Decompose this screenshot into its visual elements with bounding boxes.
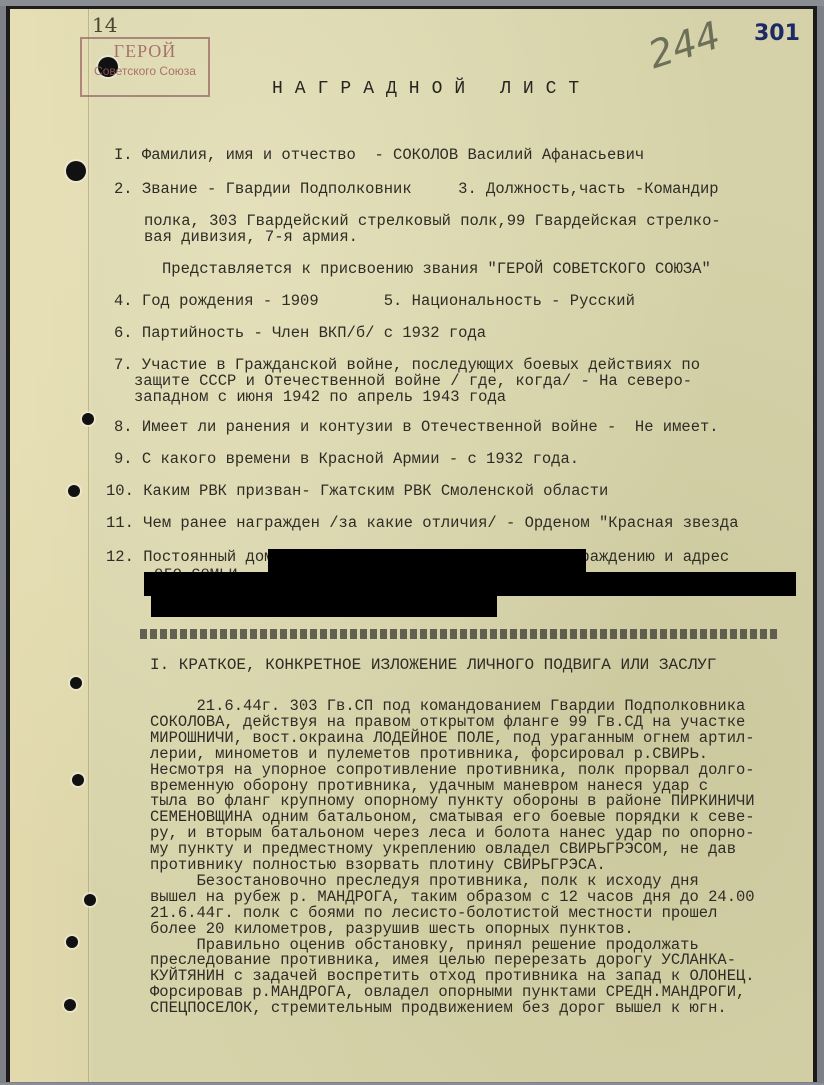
punch-hole-icon — [82, 413, 94, 425]
narrative-line: Правильно оценив обстановку, принял реше… — [150, 938, 699, 953]
field-line: вая дивизия, 7-я армия. — [144, 229, 358, 245]
margin-handwritten-mark: 14 — [92, 13, 117, 37]
stamp-line-1: ГЕРОЙ — [82, 41, 208, 62]
narrative-line: вышел на рубеж р. МАНДРОГА, таким образо… — [150, 890, 755, 905]
document-title: НАГРАДНОЙ ЛИСТ — [272, 79, 591, 99]
field-line: I. Фамилия, имя и отчество - СОКОЛОВ Вас… — [114, 147, 644, 163]
field-number: 2. — [114, 180, 142, 198]
field-line: 7. Участие в Гражданской войне, последую… — [114, 357, 700, 373]
punch-hole-icon — [68, 485, 80, 497]
field-number: 11. — [106, 514, 143, 532]
field-number: I. — [114, 146, 142, 164]
redaction-block — [151, 593, 497, 617]
hero-stamp: ГЕРОЙ Советского Союза — [80, 37, 210, 97]
field-number: 9. — [114, 450, 142, 468]
field-text: Представляется к присвоению звания "ГЕРО… — [162, 260, 711, 278]
field-text: Каким РВК призван- Гжатским РВК Смоленск… — [143, 482, 608, 500]
stamp-line-2: Советского Союза — [82, 64, 208, 78]
field-text: Партийность - Член ВКП/б/ с 1932 года — [142, 324, 486, 342]
field-line: западном с июня 1942 по апрель 1943 года — [134, 389, 506, 405]
field-line: 11. Чем ранее награжден /за какие отличи… — [106, 515, 739, 531]
field-text: Фамилия, имя и отчество - СОКОЛОВ Васили… — [142, 146, 644, 164]
field-number: 12. — [106, 548, 143, 566]
narrative-line: МИРОШНИЧИ, вост.окраина ЛОДЕЙНОЕ ПОЛЕ, п… — [150, 731, 755, 746]
field-text: Звание - Гвардии Подполковник 3. Должнос… — [142, 180, 719, 198]
punch-hole-icon — [64, 999, 76, 1011]
field-line: полка, 303 Гвардейский стрелковый полк,9… — [144, 213, 721, 229]
fold-line — [88, 9, 89, 1082]
narrative-line: преследование противника, имея целью пер… — [150, 953, 736, 968]
narrative-line: СОКОЛОВА, действуя на правом открытом фл… — [150, 715, 745, 730]
narrative-line: лерии, минометов и пулеметов противника,… — [150, 747, 708, 762]
field-number: 8. — [114, 418, 142, 436]
field-line: 8. Имеет ли ранения и контузии в Отечест… — [114, 419, 719, 435]
punch-hole-icon — [66, 161, 86, 181]
page-number: 301 — [754, 21, 800, 46]
narrative-line: 21.6.44г. 303 Гв.СП под командованием Гв… — [150, 699, 745, 714]
narrative-line: СЕМЕНОВЩИНА одним батальоном, сматывая е… — [150, 810, 755, 825]
narrative-line: тыла во фланг крупному опорному пункту о… — [150, 794, 755, 809]
punch-hole-icon — [70, 677, 82, 689]
narrative-line: противнику полностью взорвать плотину СВ… — [150, 858, 606, 873]
narrative-line: КУЙТЯНИН с задачей воспретить отход прот… — [150, 969, 755, 984]
field-line: 9. С какого времени в Красной Армии - с … — [114, 451, 579, 467]
narrative-line: ру, и вторым батальоном через леса и бол… — [150, 826, 755, 841]
field-text: Чем ранее награжден /за какие отличия/ -… — [143, 514, 738, 532]
punch-hole-icon — [84, 894, 96, 906]
field-line: 2. Звание - Гвардии Подполковник 3. Долж… — [114, 181, 719, 197]
field-line: Представляется к присвоению звания "ГЕРО… — [162, 261, 711, 277]
narrative-line: му пункту и предместному укреплению овла… — [150, 842, 736, 857]
field-text: Год рождения - 1909 5. Национальность - … — [142, 292, 635, 310]
narrative-line: более 20 километров, разрушив шесть опор… — [150, 922, 634, 937]
narrative-line: СПЕЦПОСЕЛОК, стремительным продвижением … — [150, 1001, 727, 1016]
field-number: 4. — [114, 292, 142, 310]
field-line: 4. Год рождения - 1909 5. Национальность… — [114, 293, 635, 309]
narrative-line: Несмотря на упорное сопротивление против… — [150, 763, 755, 778]
field-text: Имеет ли ранения и контузии в Отечествен… — [142, 418, 719, 436]
narrative-line: Форсировав р.МАНДРОГА, овладел опорными … — [150, 985, 745, 1000]
field-line: 10. Каким РВК призван- Гжатским РВК Смол… — [106, 483, 608, 499]
field-number: 10. — [106, 482, 143, 500]
punch-hole-icon — [72, 774, 84, 786]
field-text: вая дивизия, 7-я армия. — [144, 228, 358, 246]
pencil-archive-number: 244 — [643, 13, 726, 77]
field-text: западном с июня 1942 по апрель 1943 года — [134, 388, 506, 406]
award-sheet-page: 14 ГЕРОЙ Советского Союза 244 301 НАГРАД… — [6, 6, 817, 1082]
punch-hole-icon — [66, 936, 78, 948]
section-heading: I. КРАТКОЕ, КОНКРЕТНОЕ ИЗЛОЖЕНИЕ ЛИЧНОГО… — [150, 657, 717, 673]
narrative-line: 21.6.44г. полк с боями по лесисто-болоти… — [150, 906, 717, 921]
field-text: С какого времени в Красной Армии - с 193… — [142, 450, 579, 468]
field-line: 6. Партийность - Член ВКП/б/ с 1932 года — [114, 325, 486, 341]
field-number: 6. — [114, 324, 142, 342]
field-line: защите СССР и Отечественной войне / где,… — [134, 373, 692, 389]
narrative-line: временную оборону противника, удачным ма… — [150, 779, 708, 794]
narrative-line: Безостановочно преследуя противника, пол… — [150, 874, 699, 889]
double-dash-separator — [140, 629, 780, 639]
